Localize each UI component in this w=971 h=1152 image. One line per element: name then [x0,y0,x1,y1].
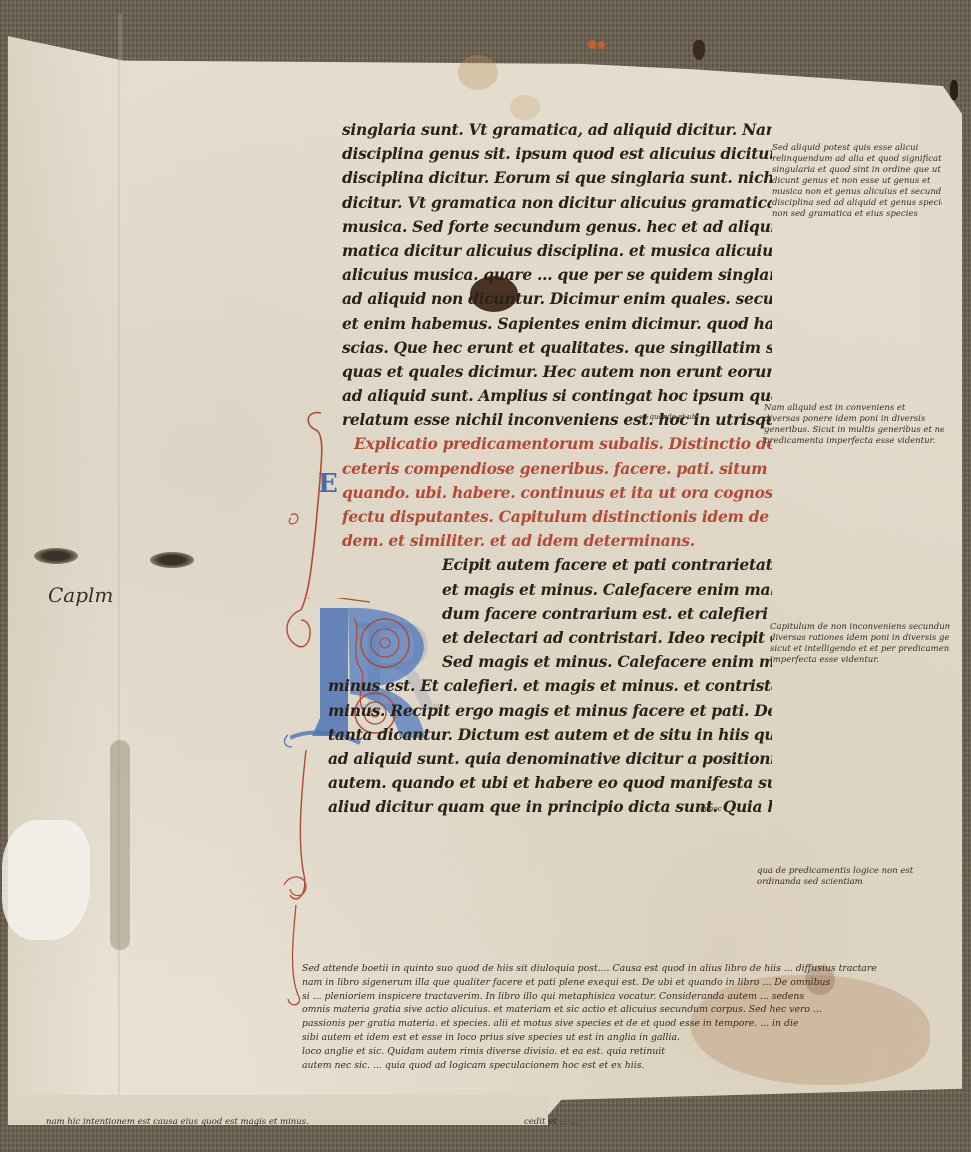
text-line: disciplina dicitur. Eorum si que singlar… [342,166,772,190]
text-line: matica dicitur alicuius disciplina. et m… [342,239,772,263]
text-line: quas et quales dicimur. Hec autem non er… [342,360,772,384]
gloss-line: nam in libro sigenerum illa que qualiter… [302,976,942,990]
gloss-line: singularia et quod sint in ordine que ut [772,165,942,176]
water-stain-streak [110,740,130,950]
red-dot-mark [598,41,605,49]
margin-gloss-4: qua de predicamentis logice non est ordi… [757,866,927,888]
ink-blot [950,80,958,100]
text-line: Ecipit autem facere et pati contrarietat… [342,553,772,577]
interlinear-gloss: ut quando et ubi [640,412,699,423]
margin-gloss-3: Capitulum de non inconveniens secundum d… [770,622,950,666]
parchment-repair-patch [2,820,90,940]
gloss-line: predicamenta imperfecta esse videntur. [764,436,944,447]
gloss-line: si ... plenioriem inspicere tractaverim.… [302,990,942,1004]
stain [458,55,498,90]
gloss-line: sibi autem et idem est et esse in loco p… [302,1031,942,1045]
rubric-line: dem. et similiter. et ad idem determinan… [342,529,772,553]
fold-line [118,14,122,1122]
text-line: tanta dicantur. Dictum est autem et de s… [328,723,772,747]
gloss-line: non sed gramatica et eius species [772,209,942,220]
text-line: singlaria sunt. Vt gramatica, ad aliquid… [342,118,772,142]
interlinear-gloss: in hoc [700,804,722,815]
main-text-column: singlaria sunt. Vt gramatica, ad aliquid… [342,118,772,819]
gloss-line: musica non et genus alicuius et secundum [772,187,942,198]
gloss-line: passionis per gratia materia. et species… [302,1017,942,1031]
text-line: relatum esse nichil inconveniens est. ho… [342,408,772,432]
gloss-line: Sed attende boetii in quinto suo quod de… [302,962,942,976]
text-line: autem. quando et ubi et habere eo quod m… [328,771,772,795]
gloss-line: Nam aliquid est in conveniens et [764,403,944,414]
gloss-line: generibus. Sicut in multis generibus et … [764,425,944,436]
text-line: et enim habemus. Sapientes enim dicimur.… [342,312,772,336]
rubric-line: ceteris compendiose generibus. facere. p… [342,457,772,481]
gloss-line: diversas ponere idem poni in diversis [764,414,944,425]
rubric-line: Explicatio predicamentorum subalis. Dist… [342,432,772,456]
text-line: disciplina genus sit. ipsum quod est ali… [342,142,772,166]
text-line: ad aliquid sunt. quia denominative dicit… [328,747,772,771]
bottom-strip-text-left: nam hic intentionem est causa eius quod … [46,1117,309,1127]
text-line: Sed magis et minus. Calefacere enim magi… [342,650,772,674]
red-dot-mark [588,40,597,49]
rubric-line: quando. ubi. habere. continuus et ita ut… [342,481,772,505]
stain [510,95,540,120]
text-line: minus est. Et calefieri. et magis et min… [328,674,772,698]
margin-gloss-1: Sed aliquid potest quis esse alicui reli… [772,143,942,220]
rubric-line: fectu disputantes. Capitulum distinction… [342,505,772,529]
text-line: minus. Recipit ergo magis et minus facer… [328,699,772,723]
gloss-line: disciplina sed ad aliquid et genus speci… [772,198,942,209]
margin-gloss-2: Nam aliquid est in conveniens et diversa… [764,403,944,447]
text-line: alicuius musica. quare ... que per se qu… [342,263,772,287]
gloss-line: Capitulum de non inconveniens secundum [770,622,950,633]
gloss-line: dicunt genus et non esse ut genus et [772,176,942,187]
gloss-line: loco anglie et sic. Quidam autem rimis d… [302,1045,942,1059]
gloss-line: Sed aliquid potest quis esse alicui [772,143,942,154]
gloss-line: qua de predicamentis logice non est [757,866,927,877]
parchment-hole [34,548,78,564]
small-blue-initial: E [318,469,338,499]
bottom-margin-gloss: Sed attende boetii in quinto suo quod de… [302,962,942,1072]
text-line: ad aliquid sunt. Amplius si contingat ho… [342,384,772,408]
text-line: scias. Que hec erunt et qualitates. que … [342,336,772,360]
parchment-hole [150,552,194,568]
text-line: et magis et minus. Calefacere enim malo … [342,578,772,602]
text-line: ad aliquid non dicuntur. Dicimur enim qu… [342,287,772,311]
chapter-marginal-label: Caplm [48,583,113,607]
text-line: dicitur. Vt gramatica non dicitur alicui… [342,191,772,215]
ink-blot [693,40,705,60]
gloss-line: imperfecta esse videntur. [770,655,950,666]
gloss-line: relinquendum ad alia et quod significat [772,154,942,165]
gloss-line: omnis materia gratia sive actio alicuius… [302,1003,942,1017]
gloss-line: sicut et intelligendo et et per predicam… [770,644,950,655]
text-line: musica. Sed forte secundum genus. hec et… [342,215,772,239]
gloss-line: diversas rationes idem poni in diversis … [770,633,950,644]
bottom-strip-text-right: cedit et ... ... [524,1117,578,1127]
text-line: et delectari ad contristari. Ideo recipi… [342,626,772,650]
gloss-line: autem nec sic. ... quia quod ad logicam … [302,1059,942,1073]
gloss-line: ordinanda sed scientiam [757,877,927,888]
text-line: dum facere contrarium est. et calefieri … [342,602,772,626]
